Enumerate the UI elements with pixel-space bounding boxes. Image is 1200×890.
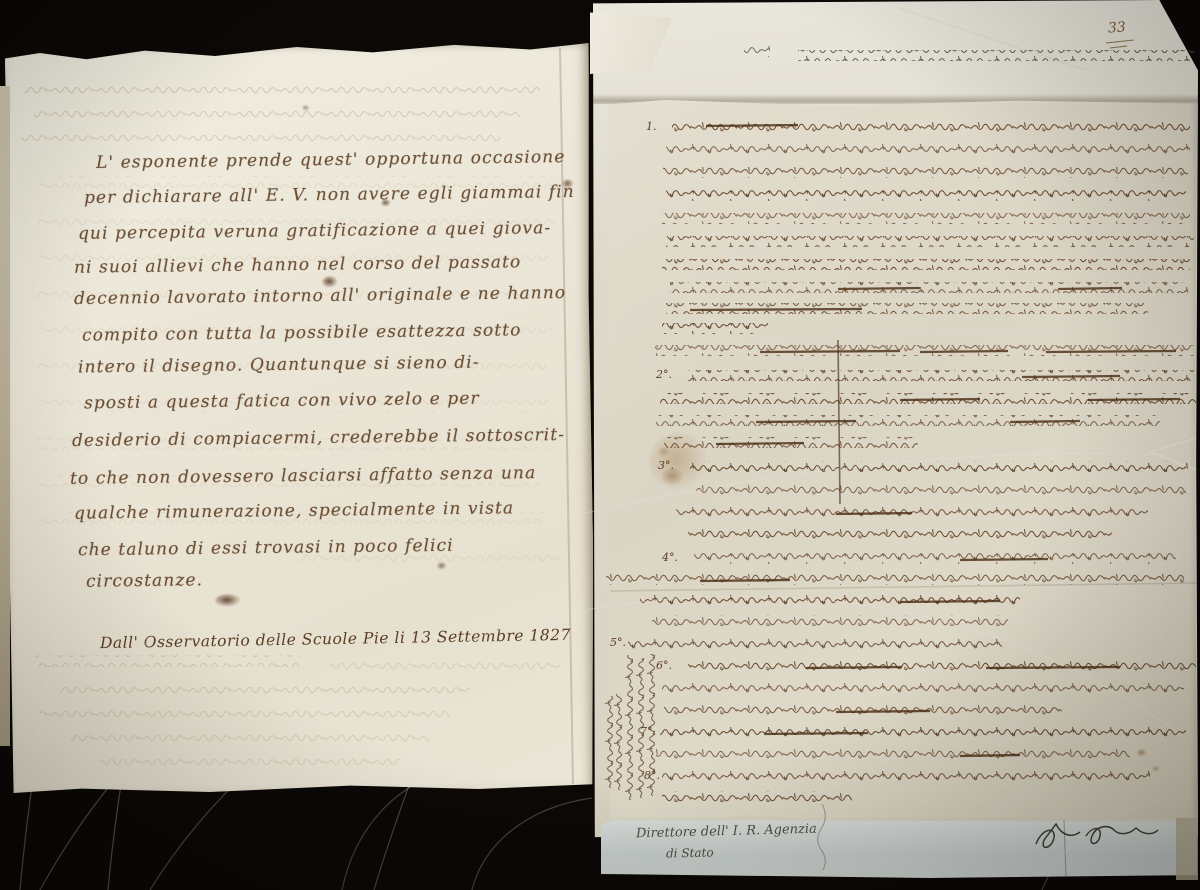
watermark-arc	[472, 798, 592, 890]
ink-blot	[437, 562, 447, 570]
bottom-slip-of-paper	[601, 820, 1197, 878]
ink-blot	[562, 179, 574, 189]
tape-band	[1176, 818, 1198, 880]
underlying-sheet-edge	[0, 86, 10, 746]
stain	[662, 468, 684, 486]
ink-blot	[1137, 749, 1147, 757]
ink-blot	[302, 105, 310, 111]
left-manuscript-page	[5, 41, 596, 794]
ink-blot	[322, 276, 338, 288]
ink-blot	[215, 594, 241, 607]
stain	[658, 447, 670, 457]
ink-blot	[381, 199, 391, 207]
manuscript-photograph: Dall' Osservatorio delle Scuole Pie li 1…	[0, 0, 1200, 890]
ink-blot	[1152, 766, 1160, 772]
